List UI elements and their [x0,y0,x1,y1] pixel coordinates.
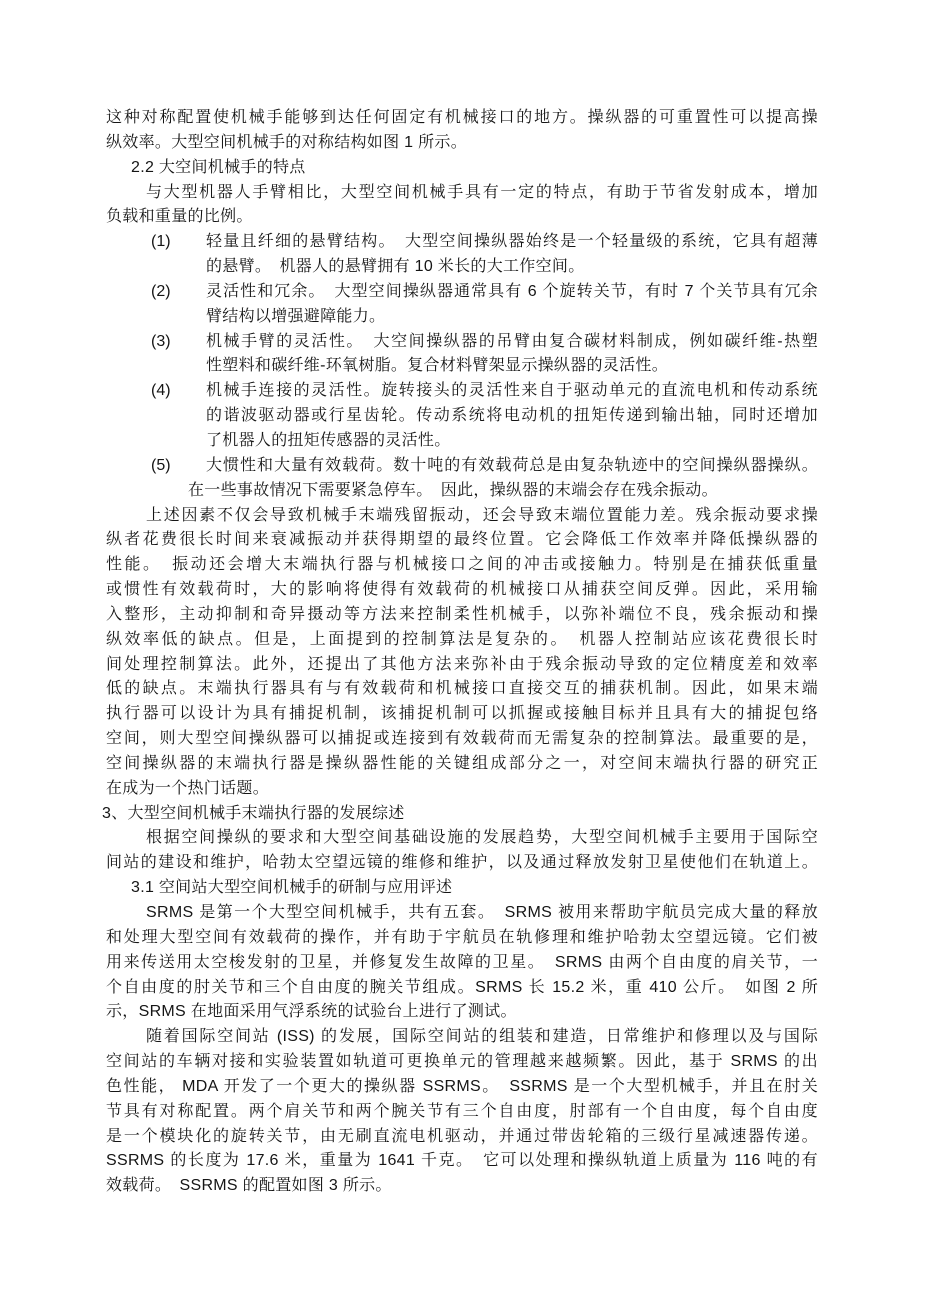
list-item: (2)灵活性和冗余。 大型空间操纵器通常具有 6 个旋转关节，有时 7 个关节具… [106,280,818,305]
list-item: (3)机械手臂的灵活性。 大空间操纵器的吊臂由复合碳材料制成，例如碳纤维-热塑 [106,330,818,355]
document-page: 这种对称配置使机械手能够到达任何固定有机械接口的地方。操纵器的可重置性可以提高操… [106,0,818,1199]
text-line: 的谐波驱动器或行星齿轮。传动系统将电动机的扭矩传递到输出轴，同时还增加 [206,404,818,429]
list-item: (5)大惯性和大量有效载荷。数十吨的有效载荷总是由复杂轨迹中的空间操纵器操纵。 [106,454,818,479]
text-line: 是一个模块化的旋转关节，由无刷直流电机驱动，并通过带齿轮箱的三级行星减速器传递。 [106,1125,818,1150]
text-line: 节具有对称配置。两个肩关节和两个腕关节有三个自由度，肘部有一个自由度，每个自由度 [106,1100,818,1125]
section-heading: 3、大型空间机械手末端执行器的发展综述 [102,802,818,827]
section-heading: 3.1 空间站大型空间机械手的研制与应用评述 [131,876,818,901]
text-line: 低的缺点。末端执行器具有与有效载荷和机械接口直接交互的捕获机制。因此，如果末端 [106,677,818,702]
text-line: 纵效率低的缺点。但是，上面提到的控制算法是复杂的。 机器人控制站应该花费很长时 [106,628,818,653]
text-line: 空间站的车辆对接和实验装置如轨道可更换单元的管理越来越频繁。因此，基于 SRMS… [106,1050,818,1075]
text-line: 色性能， MDA 开发了一个更大的操纵器 SSRMS。 SSRMS 是一个大型机… [106,1075,818,1100]
text-line: 在成为一个热门话题。 [106,777,818,802]
list-item-text: 大惯性和大量有效载荷。数十吨的有效载荷总是由复杂轨迹中的空间操纵器操纵。 [206,457,818,474]
text-line: 这种对称配置使机械手能够到达任何固定有机械接口的地方。操纵器的可重置性可以提高操 [106,106,818,131]
list-item-text: 灵活性和冗余。 大型空间操纵器通常具有 6 个旋转关节，有时 7 个关节具有冗余 [206,283,818,300]
text-line: 入整形，主动抑制和奇异摄动等方法来控制柔性机械手，以弥补端位不良，残余振动和操 [106,603,818,628]
text-line: SSRMS 的长度为 17.6 米，重量为 1641 千克。 它可以处理和操纵轨… [106,1149,818,1174]
text-line: 在一些事故情况下需要紧急停车。 因此，操纵器的末端会存在残余振动。 [188,479,818,504]
text-line: 纵效率。大型空间机械手的对称结构如图 1 所示。 [106,131,818,156]
text-line: 示，SRMS 在地面采用气浮系统的试验台上进行了测试。 [106,1000,818,1025]
section-heading: 2.2 大空间机械手的特点 [131,156,818,181]
text-line: 上述因素不仅会导致机械手末端残留振动，还会导致末端位置能力差。残余振动要求操 [146,504,818,529]
text-line: 的悬臂。 机器人的悬臂拥有 10 米长的大工作空间。 [206,255,818,280]
list-item: (4)机械手连接的灵活性。旋转接头的灵活性来自于驱动单元的直流电机和传动系统 [106,379,818,404]
text-line: 用来传送用太空梭发射的卫星，并修复发生故障的卫星。 SRMS 由两个自由度的肩关… [106,951,818,976]
text-line: 和处理大型空间有效载荷的操作，并有助于宇航员在轨修理和维护哈勃太空望远镜。它们被 [106,926,818,951]
text-line: 了机器人的扭矩传感器的灵活性。 [206,429,818,454]
text-line: 臂结构以增强避障能力。 [206,305,818,330]
list-item-number: (1) [151,230,171,255]
text-line: 纵者花费很长时间来衰减振动并获得期望的最终位置。它会降低工作效率并降低操纵器的 [106,528,818,553]
text-line: 空间，则大型空间操纵器可以捕捉或连接到有效载荷而无需复杂的控制算法。最重要的是， [106,727,818,752]
list-item-text: 机械手连接的灵活性。旋转接头的灵活性来自于驱动单元的直流电机和传动系统 [206,382,818,399]
text-line: 与大型机器人手臂相比，大型空间机械手具有一定的特点，有助于节省发射成本，增加 [146,181,818,206]
list-item-number: (3) [151,330,171,355]
text-line: 性塑料和碳纤维-环氧树脂。复合材料臂架显示操纵器的灵活性。 [206,354,818,379]
text-line: 或惯性有效载荷时，大的影响将使得有效载荷的机械接口从捕获空间反弹。因此，采用输 [106,578,818,603]
text-line: SRMS 是第一个大型空间机械手，共有五套。 SRMS 被用来帮助宇航员完成大量… [146,901,818,926]
text-line: 间处理控制算法。此外，还提出了其他方法来弥补由于残余振动导致的定位精度差和效率 [106,653,818,678]
list-item-number: (4) [151,379,171,404]
list-item-text: 轻量且纤细的悬臂结构。 大型空间操纵器始终是一个轻量级的系统，它具有超薄 [206,233,818,250]
text-line: 效载荷。 SSRMS 的配置如图 3 所示。 [106,1174,818,1199]
text-line: 负载和重量的比例。 [106,205,818,230]
text-line: 执行器可以设计为具有捕捉机制，该捕捉机制可以抓握或接触目标并且具有大的捕捉包络 [106,702,818,727]
text-line: 随着国际空间站 (ISS) 的发展，国际空间站的组装和建造，日常维护和修理以及与… [146,1025,818,1050]
text-line: 性能。 振动还会增大末端执行器与机械接口之间的冲击或接触力。特别是在捕获低重量 [106,553,818,578]
list-item-number: (5) [151,454,171,479]
text-line: 根据空间操纵的要求和大型空间基础设施的发展趋势，大型空间机械手主要用于国际空 [146,826,818,851]
list-item-text: 机械手臂的灵活性。 大空间操纵器的吊臂由复合碳材料制成，例如碳纤维-热塑 [206,333,818,350]
list-item: (1)轻量且纤细的悬臂结构。 大型空间操纵器始终是一个轻量级的系统，它具有超薄 [106,230,818,255]
text-line: 间站的建设和维护，哈勃太空望远镜的维修和维护，以及通过释放发射卫星使他们在轨道上… [106,851,818,876]
list-item-number: (2) [151,280,171,305]
text-line: 空间操纵器的末端执行器是操纵器性能的关键组成部分之一，对空间末端执行器的研究正 [106,752,818,777]
text-line: 个自由度的肘关节和三个自由度的腕关节组成。SRMS 长 15.2 米，重 410… [106,976,818,1001]
